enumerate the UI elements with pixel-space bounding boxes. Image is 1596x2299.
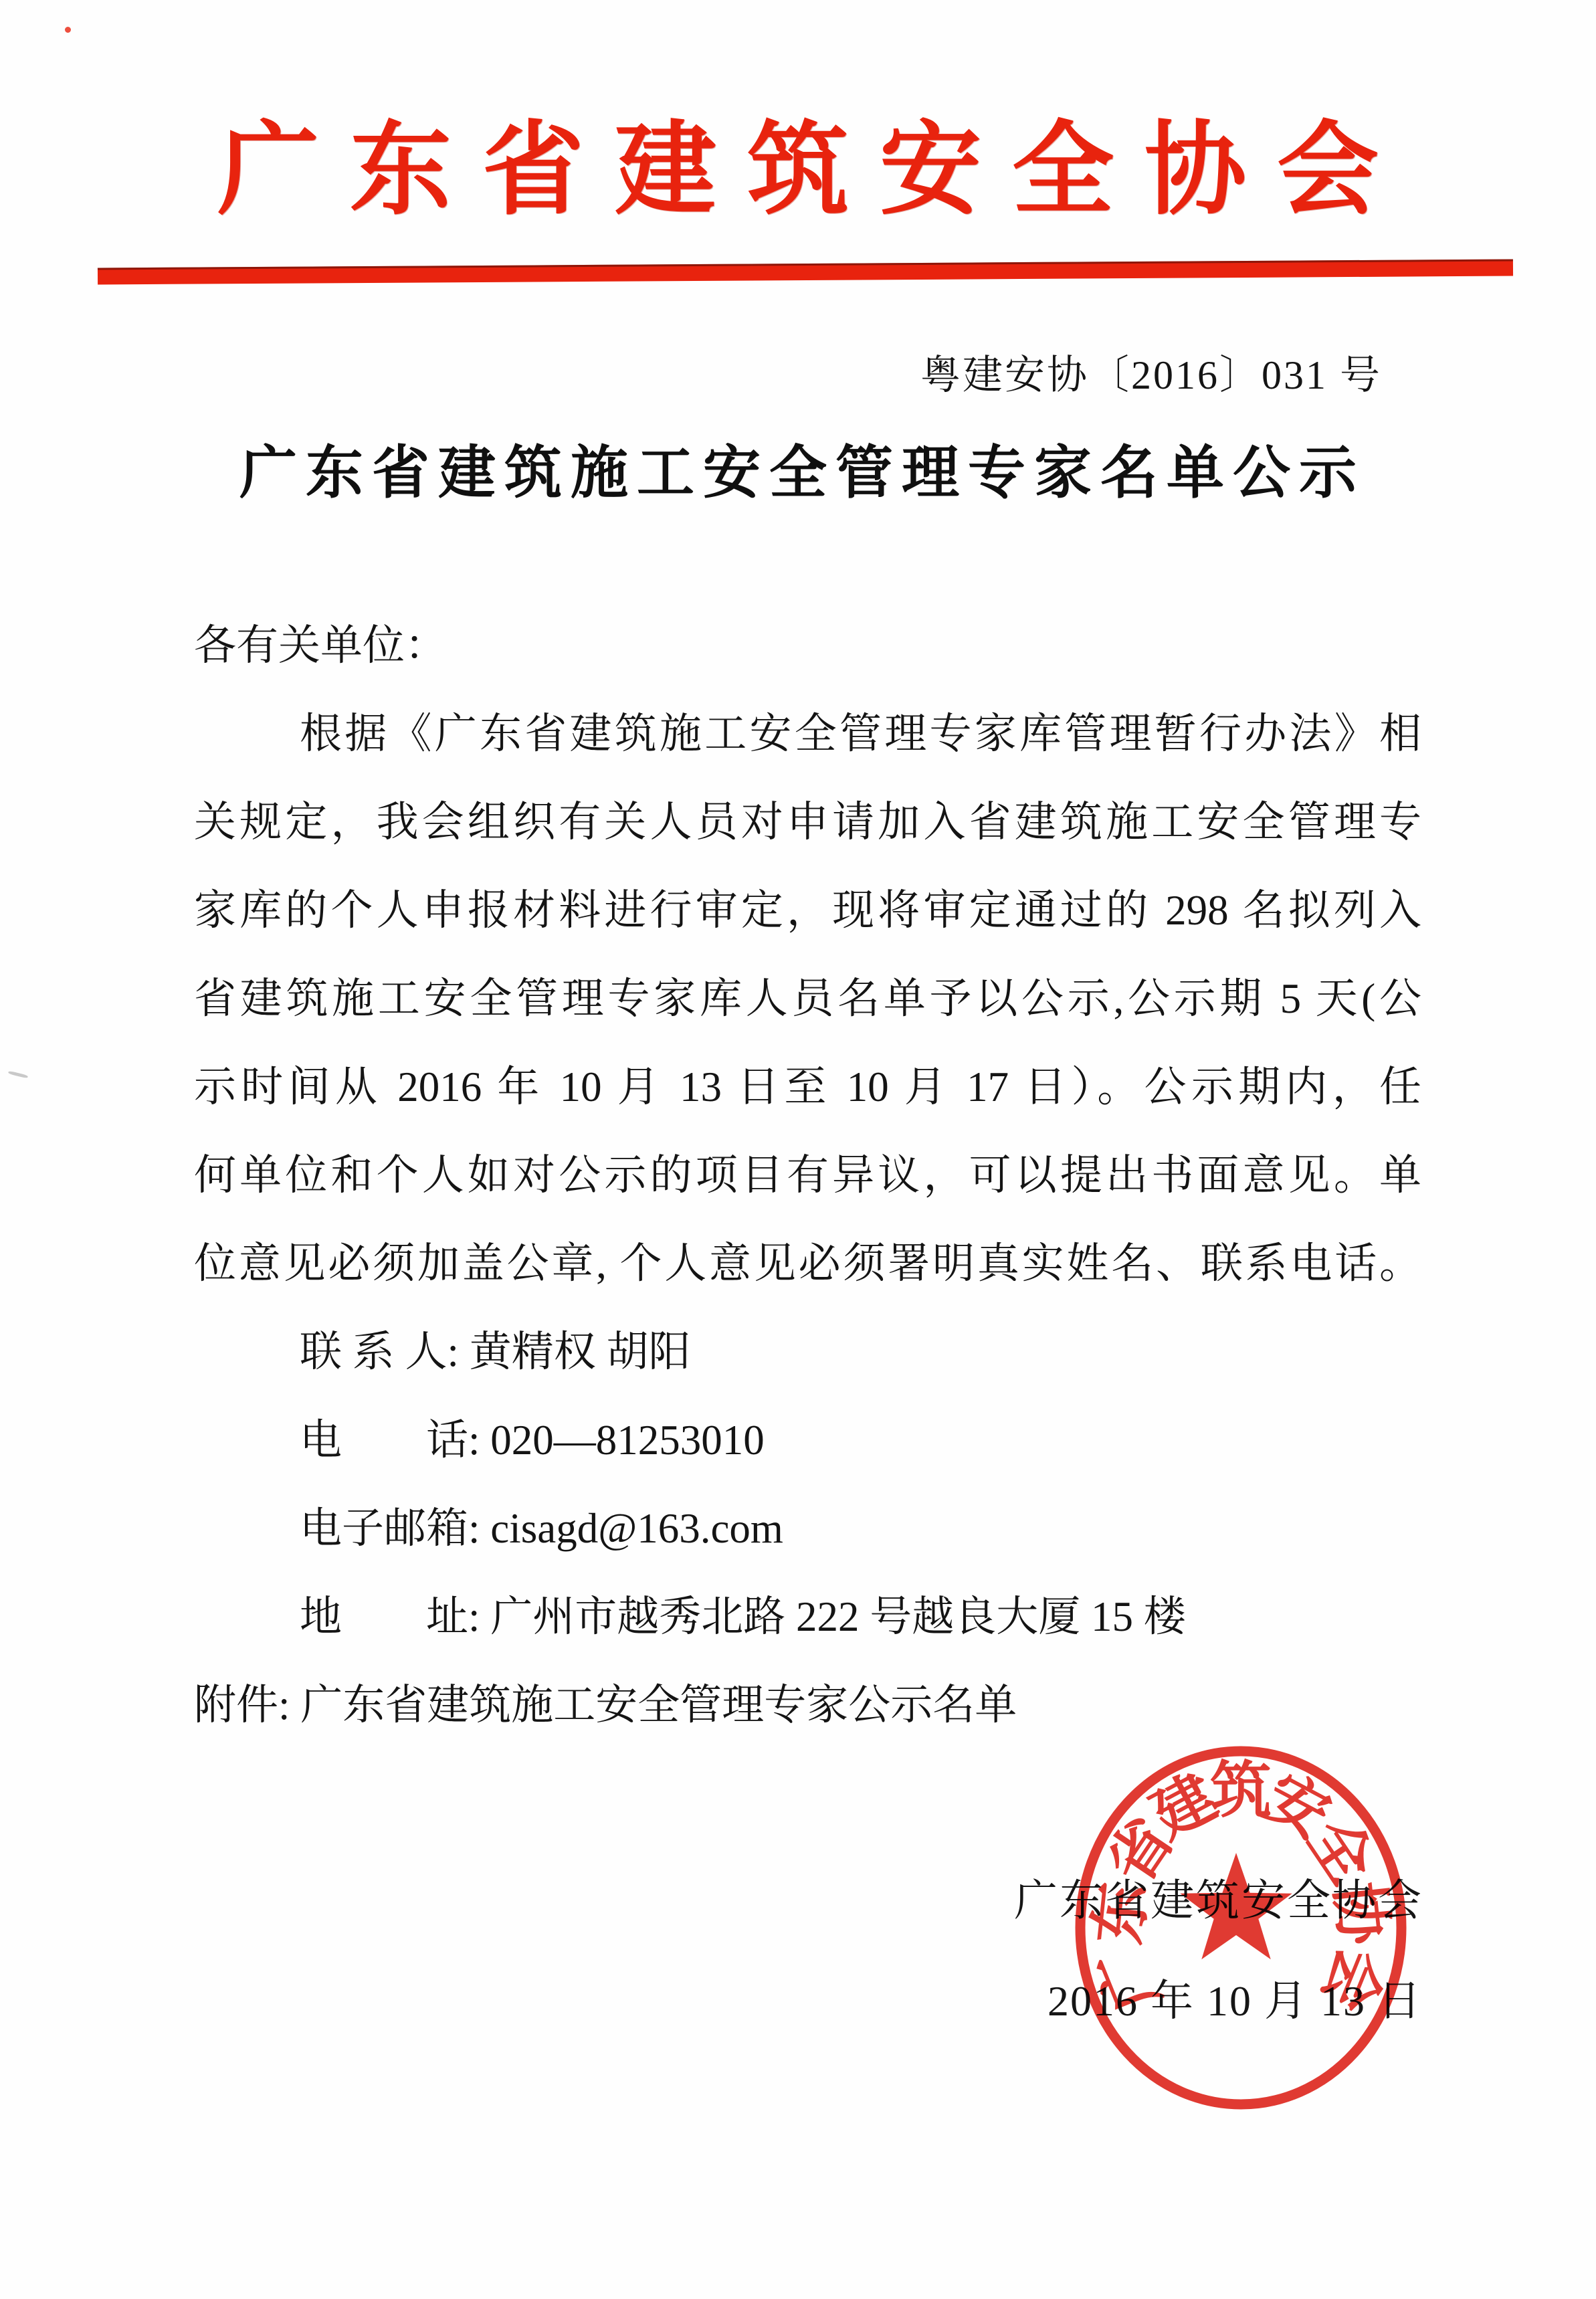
document-title: 广东省建筑施工安全管理专家名单公示: [0, 435, 1596, 511]
body-line: 位意见必须加盖公章, 个人意见必须署明真实姓名、联系电话。: [194, 1219, 1421, 1308]
letterhead-divider-line: [98, 260, 1513, 285]
body-line: 示时间从 2016 年 10 月 13 日至 10 月 17 日）。公示期内，任: [194, 1043, 1421, 1131]
document-body: 各有关单位： 根据《广东省建筑施工安全管理专家库管理暂行办法》相 关规定，我会组…: [194, 601, 1421, 1749]
scan-speck-artifact: [65, 27, 71, 33]
contact-person-line: 联 系 人: 黄精权 胡阳: [194, 1308, 1421, 1396]
document-number: 粤建安协〔2016〕031 号: [920, 350, 1382, 401]
body-line: 省建筑施工安全管理专家库人员名单予以公示,公示期 5 天(公: [194, 955, 1421, 1043]
document-page: 广东省建筑安全协会 粤建安协〔2016〕031 号 广东省建筑施工安全管理专家名…: [0, 0, 1596, 2299]
contact-phone-line: 电 话: 020—81253010: [194, 1396, 1421, 1484]
seal-star-icon: [1180, 1853, 1292, 1959]
body-line: 关规定，我会组织有关人员对申请加入省建筑施工安全管理专: [194, 778, 1421, 866]
body-line: 家库的个人申报材料进行审定，现将审定通过的 298 名拟列入: [194, 866, 1421, 955]
contact-email-line: 电子邮箱: cisagd@163.com: [194, 1484, 1421, 1573]
official-seal-stamp: 广 东 省 建 筑 安 全 协 会: [1054, 1726, 1428, 2127]
body-line: 根据《广东省建筑施工安全管理专家库管理暂行办法》相: [194, 690, 1421, 778]
salutation-line: 各有关单位：: [194, 601, 1421, 690]
scan-smudge-artifact: [8, 1070, 28, 1078]
letterhead-org-name: 广东省建筑安全协会: [0, 107, 1596, 234]
contact-address-line: 地 址: 广州市越秀北路 222 号越良大厦 15 楼: [194, 1573, 1421, 1661]
body-line: 何单位和个人如对公示的项目有异议，可以提出书面意见。单: [194, 1131, 1421, 1219]
